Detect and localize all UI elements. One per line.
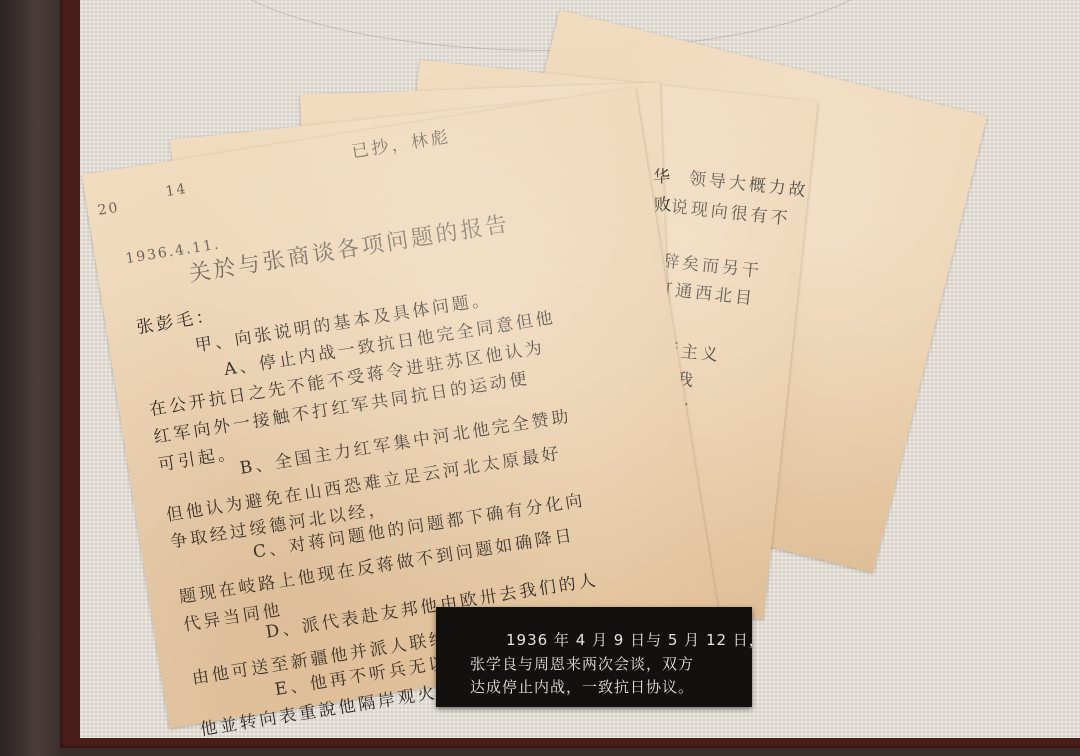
document-title: 关於与张商谈各项问题的报告 <box>186 207 512 288</box>
margin-number: 20 <box>97 200 121 219</box>
caption-line-3: 达成停止内战，一致抗日协议。 <box>470 676 694 697</box>
wall-background <box>0 0 62 756</box>
caption-plaque: 1936 年 4 月 9 日与 5 月 12 日， 张学良与周恩来两次会谈，双方… <box>436 607 752 707</box>
margin-number: 14 <box>164 181 188 200</box>
caption-line-1: 1936 年 4 月 9 日与 5 月 12 日， <box>506 629 765 650</box>
caption-line-2: 张学良与周恩来两次会谈，双方 <box>470 653 694 674</box>
